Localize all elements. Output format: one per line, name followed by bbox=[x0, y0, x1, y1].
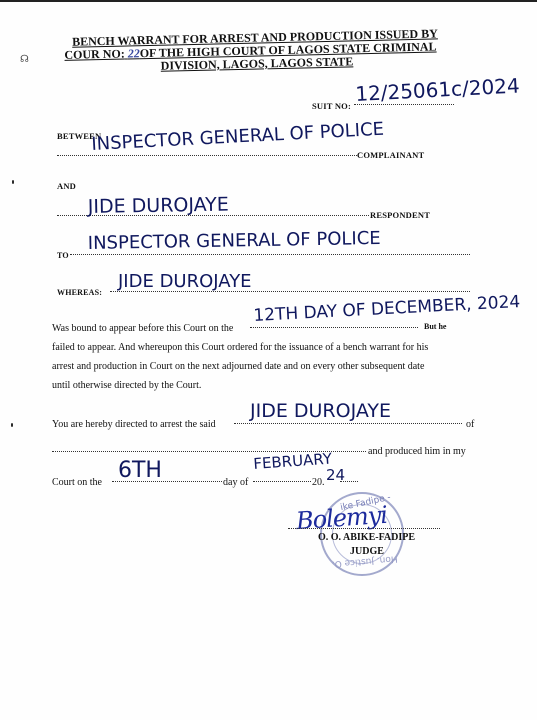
suit-no-handwritten: 12/25061c/2024 bbox=[355, 73, 520, 106]
year-dotted-line bbox=[340, 480, 358, 482]
bound-text: Was bound to appear before this Court on… bbox=[52, 320, 233, 337]
day-of-label: day of bbox=[223, 474, 248, 491]
and-label: AND bbox=[57, 181, 76, 191]
scan-speck bbox=[12, 180, 14, 184]
produced-text: and produced him in my bbox=[368, 443, 466, 460]
body-line-4: until otherwise directed by the Court. bbox=[52, 377, 201, 394]
whereas-handwritten: JIDE DUROJAYE bbox=[118, 271, 252, 292]
warrant-document: ☊ BENCH WARRANT FOR ARREST AND PRODUCTIO… bbox=[0, 0, 537, 720]
judge-title: JUDGE bbox=[350, 546, 384, 557]
respondent-label: RESPONDENT bbox=[370, 210, 430, 220]
of-label: of bbox=[466, 416, 474, 433]
body-line-3: arrest and production in Court on the ne… bbox=[52, 358, 424, 375]
to-label: TO bbox=[57, 251, 69, 260]
to-handwritten: INSPECTOR GENERAL OF POLICE bbox=[88, 228, 381, 254]
scan-top-edge bbox=[0, 0, 537, 2]
month-dotted-line bbox=[253, 480, 311, 482]
body-line-2: failed to appear. And whereupon this Cou… bbox=[52, 339, 428, 356]
but-he-text: But he bbox=[424, 318, 446, 335]
to-dotted-line bbox=[70, 253, 470, 255]
suit-no-label: SUIT NO: bbox=[312, 101, 351, 111]
month-handwritten: FEBRUARY bbox=[253, 450, 333, 473]
court-number-handwritten: 22 bbox=[128, 46, 140, 60]
whereas-label: WHEREAS: bbox=[57, 288, 102, 297]
document-heading: BENCH WARRANT FOR ARREST AND PRODUCTION … bbox=[60, 26, 481, 75]
arrest-name-handwritten: JIDE DUROJAYE bbox=[250, 400, 391, 422]
court-on-the-label: Court on the bbox=[52, 474, 102, 491]
signature-dotted-line bbox=[288, 527, 440, 529]
scan-artifact-icon: ☊ bbox=[20, 54, 30, 62]
arrest-name-dotted-line bbox=[234, 422, 462, 424]
complainant-label: COMPLAINANT bbox=[357, 150, 424, 160]
bound-date-handwritten: 12TH DAY OF DECEMBER, 2024 bbox=[253, 292, 521, 326]
arrest-text: You are hereby directed to arrest the sa… bbox=[52, 416, 216, 433]
year-prefix: 20. bbox=[312, 474, 325, 491]
respondent-handwritten: JIDE DUROJAYE bbox=[88, 194, 229, 218]
day-handwritten: 6TH bbox=[118, 458, 162, 483]
scan-speck bbox=[11, 423, 13, 427]
complainant-handwritten: INSPECTOR GENERAL OF POLICE bbox=[91, 119, 385, 155]
bound-date-dotted-line bbox=[250, 326, 418, 328]
judge-name: O. O. ABIKE-FADIPE bbox=[318, 532, 415, 543]
court-no-label: COUR NO: bbox=[64, 47, 125, 62]
